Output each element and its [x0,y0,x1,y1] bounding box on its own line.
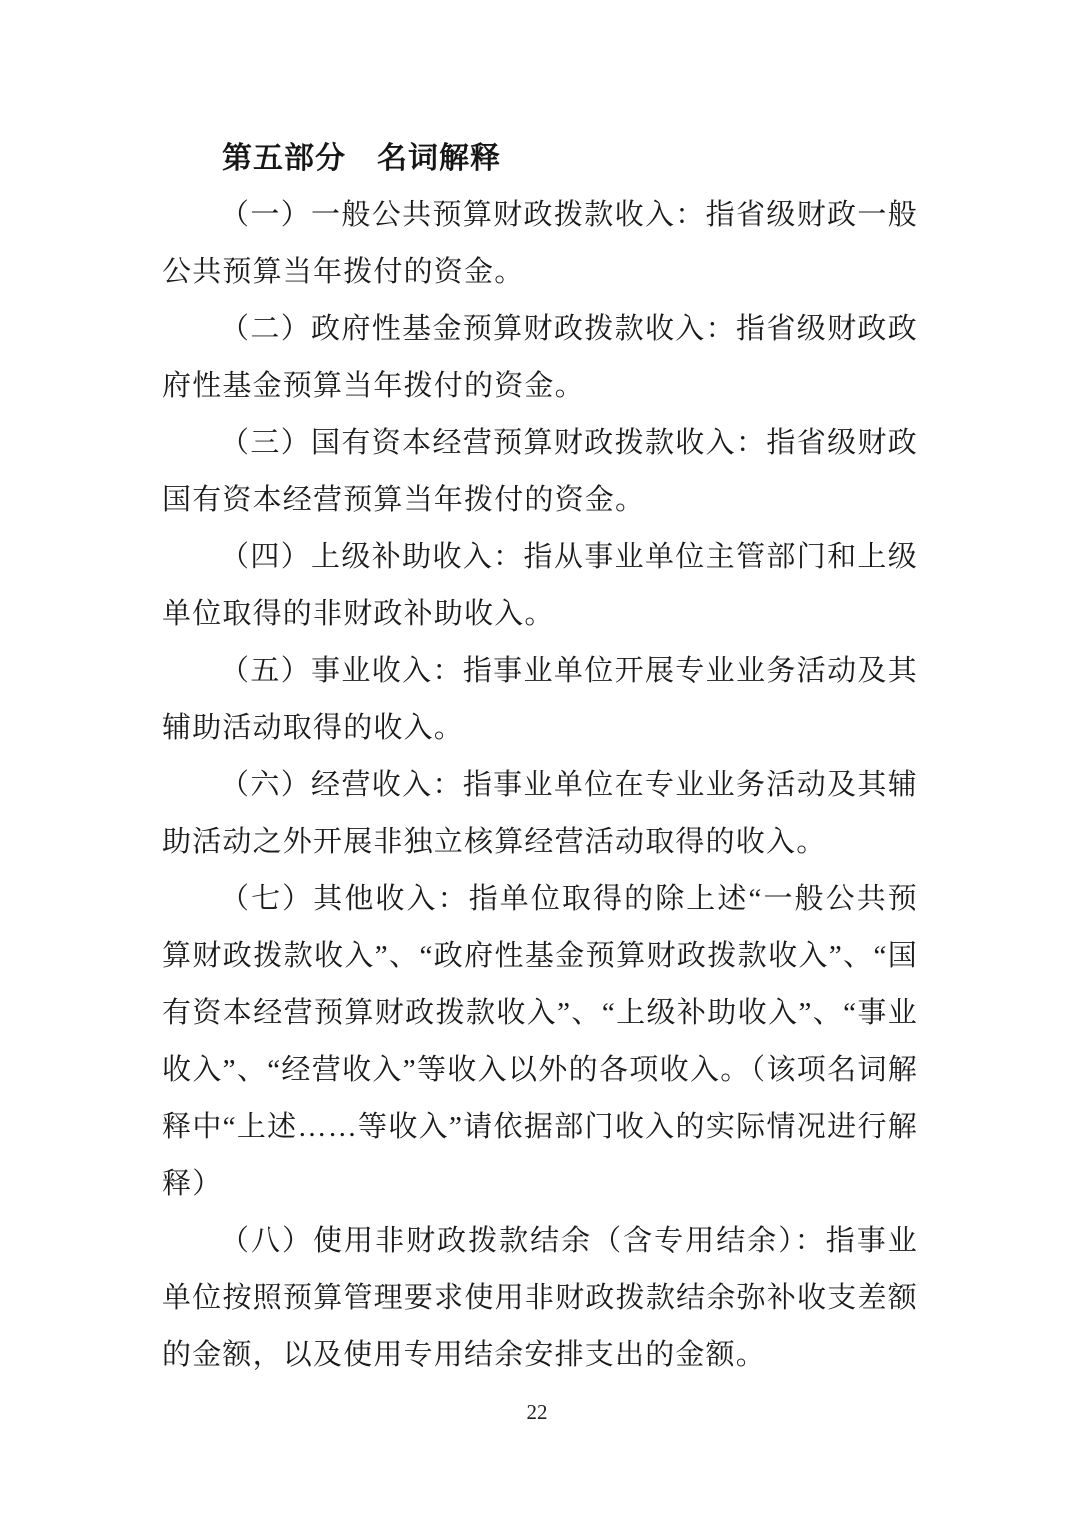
paragraph-5: （五）事业收入：指事业单位开展专业业务活动及其辅助活动取得的收入。 [162,643,918,757]
paragraph-3: （三）国有资本经营预算财政拨款收入：指省级财政国有资本经营预算当年拨付的资金。 [162,415,918,529]
section-heading: 第五部分 名词解释 [162,130,918,187]
page-number: 22 [0,1400,1074,1425]
document-page: 第五部分 名词解释 （一）一般公共预算财政拨款收入：指省级财政一般公共预算当年拨… [0,0,1074,1520]
paragraph-7: （七）其他收入：指单位取得的除上述“一般公共预算财政拨款收入”、“政府性基金预算… [162,871,918,1213]
paragraph-8: （八）使用非财政拨款结余（含专用结余）：指事业单位按照预算管理要求使用非财政拨款… [162,1213,918,1384]
paragraph-1: （一）一般公共预算财政拨款收入：指省级财政一般公共预算当年拨付的资金。 [162,187,918,301]
document-body: 第五部分 名词解释 （一）一般公共预算财政拨款收入：指省级财政一般公共预算当年拨… [162,130,918,1384]
paragraph-2: （二）政府性基金预算财政拨款收入：指省级财政政府性基金预算当年拨付的资金。 [162,301,918,415]
paragraph-6: （六）经营收入：指事业单位在专业业务活动及其辅助活动之外开展非独立核算经营活动取… [162,757,918,871]
paragraph-4: （四）上级补助收入：指从事业单位主管部门和上级单位取得的非财政补助收入。 [162,529,918,643]
